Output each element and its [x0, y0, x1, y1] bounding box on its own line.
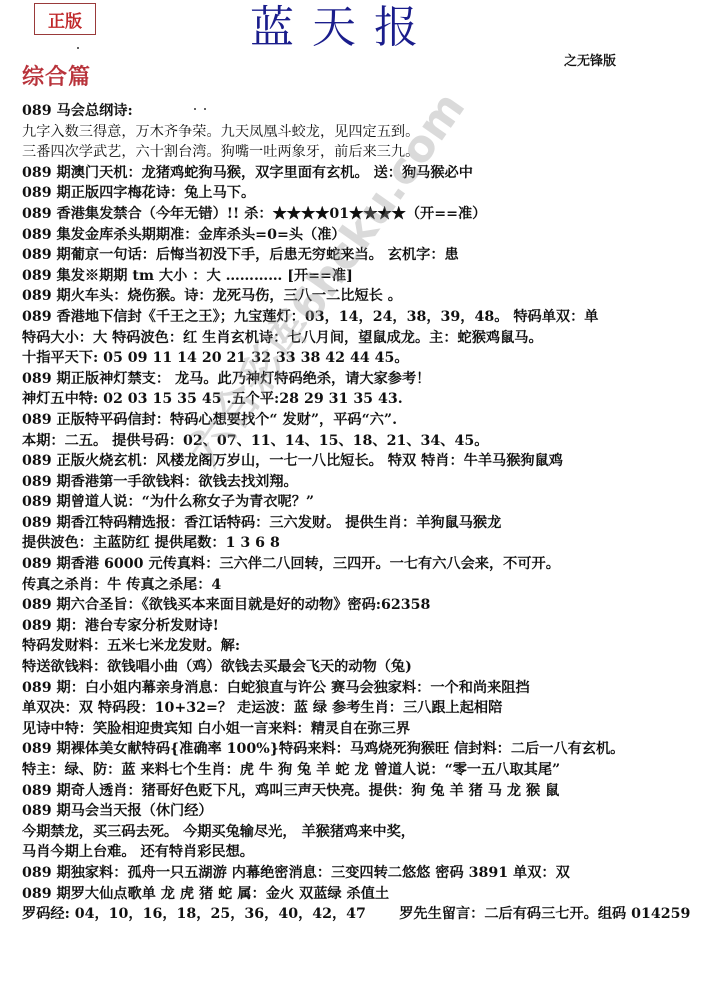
text-line: 九字入数三得意，万木齐争荣。九天凤凰斗蛟龙，见四定五到。	[22, 122, 722, 143]
content-body: 089 马会总纲诗: 九字入数三得意，万木齐争荣。九天凤凰斗蛟龙，见四定五到。 …	[22, 101, 722, 925]
text-line: 089 期六合圣旨：《欲钱买本来面目就是好的动物》密码:62358	[22, 595, 722, 616]
text-line: 089 期香港第一手欲钱料：欲钱去找刘翔。	[22, 472, 722, 493]
text-line: 单双决：双 特码段：10+32=？ 走运波：蓝 绿 参考生肖：三八跟上起相陪	[22, 698, 722, 719]
decorative-dot	[77, 47, 79, 49]
text-line: 089 集发金库杀头期期准：金库杀头=0=头（准）	[22, 225, 722, 246]
text-line: 089 期香江特码精选报：香江话特码：三六发财。 提供生肖：羊狗鼠马猴龙	[22, 513, 722, 534]
text-line: 089 期马会当天报（休门经）	[22, 801, 722, 822]
text-line: 罗码经: 04，10，16，18，25，36，40，42，47 罗先生留言：二后…	[22, 904, 722, 925]
text-line: 今期禁龙，买三码去死。 今期买兔输尽光， 羊猴猪鸡来中奖，	[22, 822, 722, 843]
page-title: 蓝天报	[250, 2, 450, 54]
text-line: 089 期独家料：孤舟一只五湖游 内幕绝密消息：三变四转二悠悠 密码 3891 …	[22, 863, 722, 884]
text-line: 089 集发※期期 tm 大小 ：大 ………… [开==准]	[22, 266, 722, 287]
text-line: 本期：二五。 提供号码：02、07、11、14、15、18、21、34、45。	[22, 431, 722, 452]
text-line: 089 期葡京一句话：后悔当初没下手，后患无穷蛇来当。 玄机字：患	[22, 245, 722, 266]
text-line: 089 期正版四字梅花诗：兔上马下。	[22, 183, 722, 204]
text-line: 089 期火车头：烧伤猴。诗：龙死马伤，三八一二比短长 。	[22, 286, 722, 307]
text-line: 见诗中特：笑脸相迎贵宾知 白小姐一言来料：精灵自在弥三界	[22, 719, 722, 740]
text-line: 马肖今期上台难。 还有特肖彩民想。	[22, 842, 722, 863]
text-line: 089 期：白小姐内幕亲身消息：白蛇狼直与许公 赛马会独家料：一个和尚来阻挡	[22, 678, 722, 699]
text-line: 神灯五中特: 02 03 15 35 45 .五个平:28 29 31 35 4…	[22, 389, 722, 410]
section-heading: 综合篇	[22, 60, 91, 91]
text-line: 传真之杀肖：牛 传真之杀尾：4	[22, 575, 722, 596]
text-line: 089 期奇人透肖：猪哥好色贬下凡，鸡叫三声天快亮。提供：狗 兔 羊 猪 马 龙…	[22, 781, 722, 802]
text-line: 特送欲钱料：欲钱唱小曲（鸡）欲钱去买最会飞天的动物（兔)	[22, 657, 722, 678]
text-line: 089 期罗大仙点歌单 龙 虎 猪 蛇 属：金火 双蓝绿 杀值土	[22, 884, 722, 905]
text-line: 089 香港集发禁合（今年无错）!! 杀：★★★★01★★★★（开==准）	[22, 204, 722, 225]
text-line: 089 期香港 6000 元传真料：三六伴二八回转，三四开。一七有六八会来，不可…	[22, 554, 722, 575]
text-line: 089 期裸体美女献特码{准确率 100%}特码来料：马鸡烧死狗猴旺 信封料：二…	[22, 739, 722, 760]
text-line: 特主：绿、防：蓝 来料七个生肖：虎 牛 狗 兔 羊 蛇 龙 曾道人说：“零一五八…	[22, 760, 722, 781]
text-line: 089 香港地下信封《千王之王》；九宝莲灯：03，14，24，38，39，48。…	[22, 307, 722, 328]
text-line: 089 正版火烧玄机：风楼龙阁万岁山，一七一八比短长。 特双 特肖：牛羊马猴狗鼠…	[22, 451, 722, 472]
text-line: 089 马会总纲诗:	[22, 101, 722, 122]
text-line: 089 期：港台专家分析发财诗!	[22, 616, 722, 637]
authentic-badge: 正版	[34, 3, 96, 35]
edition-subtitle: 之无锋版	[564, 50, 616, 69]
text-line: 089 期曾道人说：“为什么称女子为青衣呢？”	[22, 492, 722, 513]
text-line: 特码发财料：五米七米龙发财。解:	[22, 636, 722, 657]
text-line: 三番四次学武艺，六十割台湾。狗嘴一吐两象牙，前后来三九。	[22, 142, 722, 163]
text-line: 089 正版特平码信封：特码心想要找个“ 发财”，平码“六”.	[22, 410, 722, 431]
text-line: 特码大小：大 特码波色：红 生肖玄机诗：七八月间，望鼠成龙。主：蛇猴鸡鼠马。	[22, 328, 722, 349]
text-line: 提供波色：主蓝防红 提供尾数：1 3 6 8	[22, 533, 722, 554]
text-line: 089 期澳门天机：龙猪鸡蛇狗马猴，双字里面有玄机。 送：狗马猴必中	[22, 163, 722, 184]
text-line: 十指平天下: 05 09 11 14 20 21 32 33 38 42 44 …	[22, 348, 722, 369]
text-line: 089 期正版神灯禁支： 龙马。此乃神灯特码绝杀，请大家参考！	[22, 369, 722, 390]
